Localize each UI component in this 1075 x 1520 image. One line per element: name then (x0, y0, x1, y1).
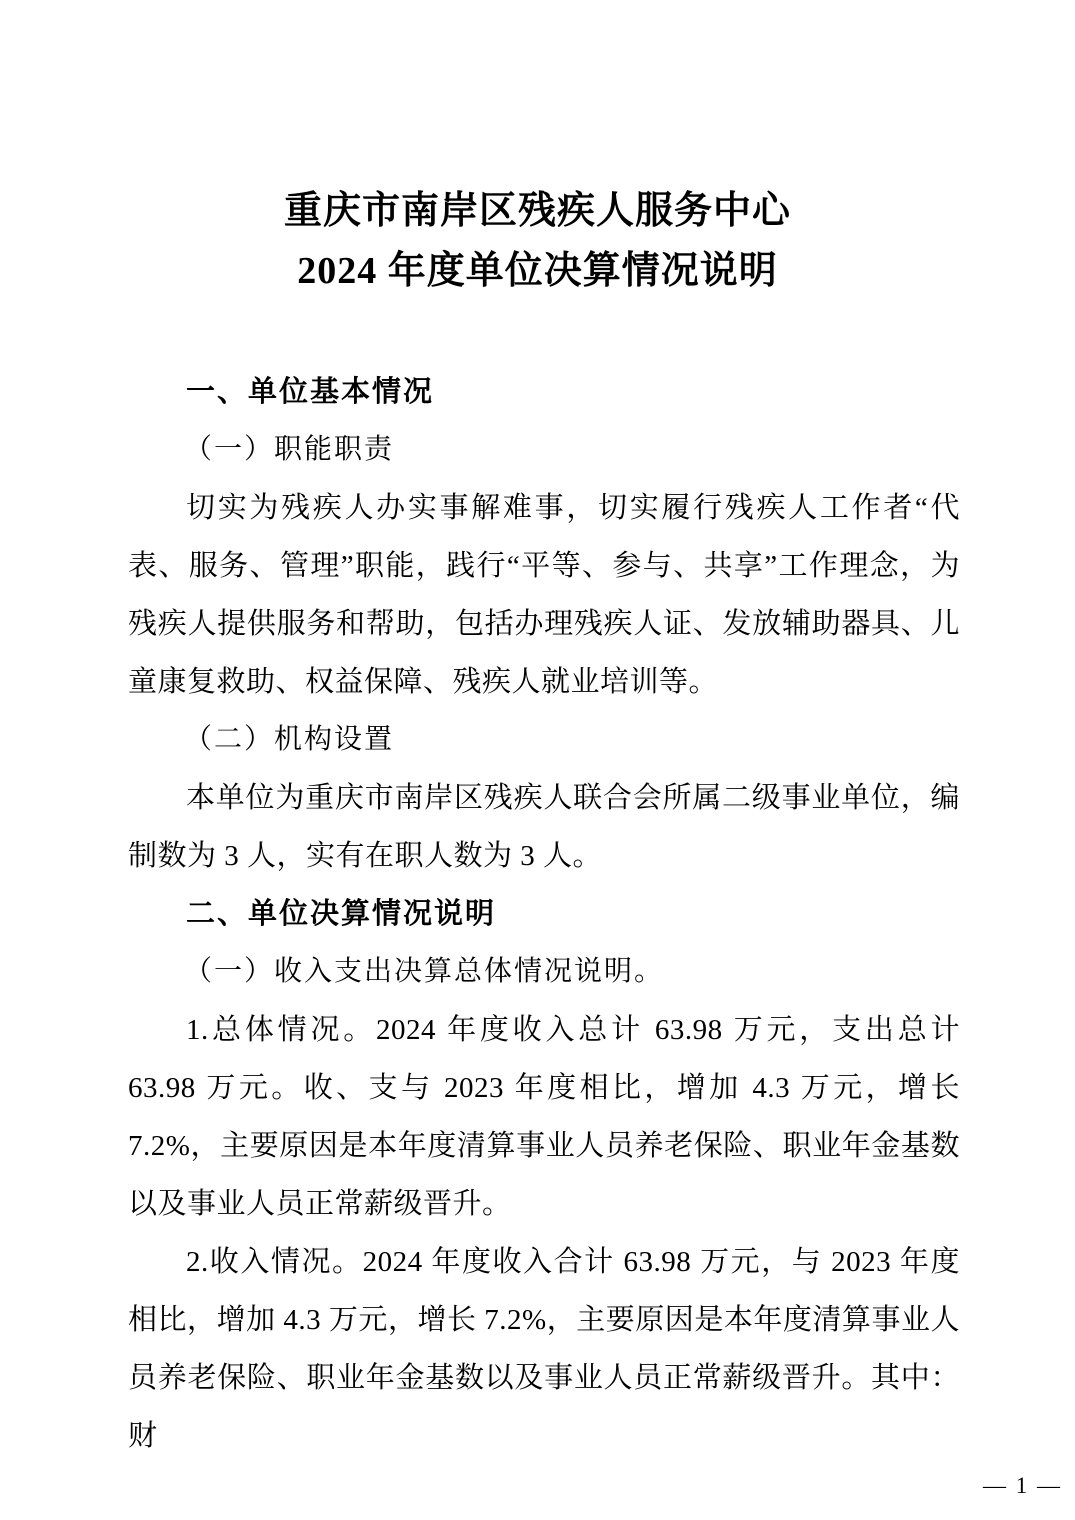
paragraph-income-situation: 2.收入情况。2024 年度收入合计 63.98 万元，与 2023 年度相比，… (128, 1233, 960, 1465)
document-page: 重庆市南岸区残疾人服务中心 2024 年度单位决算情况说明 一、单位基本情况 （… (0, 0, 1075, 1520)
section-heading-1: 一、单位基本情况 (128, 363, 960, 421)
document-body: 一、单位基本情况 （一）职能职责 切实为残疾人办实事解难事，切实履行残疾人工作者… (128, 363, 960, 1465)
paragraph-duties: 切实为残疾人办实事解难事，切实履行残疾人工作者“代表、服务、管理”职能，践行“平… (128, 479, 960, 711)
section-heading-2: 二、单位决算情况说明 (128, 885, 960, 943)
subsection-heading-1-2: （二）机构设置 (128, 711, 960, 769)
document-title-line-2: 2024 年度单位决算情况说明 (0, 241, 1075, 301)
subsection-heading-2-1: （一）收入支出决算总体情况说明。 (128, 943, 960, 1001)
paragraph-organization: 本单位为重庆市南岸区残疾人联合会所属二级事业单位，编制数为 3 人，实有在职人数… (128, 769, 960, 885)
document-title: 重庆市南岸区残疾人服务中心 2024 年度单位决算情况说明 (0, 0, 1075, 301)
document-title-line-1: 重庆市南岸区残疾人服务中心 (0, 181, 1075, 241)
page-number: — 1 — (0, 1473, 1075, 1499)
paragraph-overall-situation: 1.总体情况。2024 年度收入总计 63.98 万元，支出总计 63.98 万… (128, 1001, 960, 1233)
subsection-heading-1-1: （一）职能职责 (128, 421, 960, 479)
